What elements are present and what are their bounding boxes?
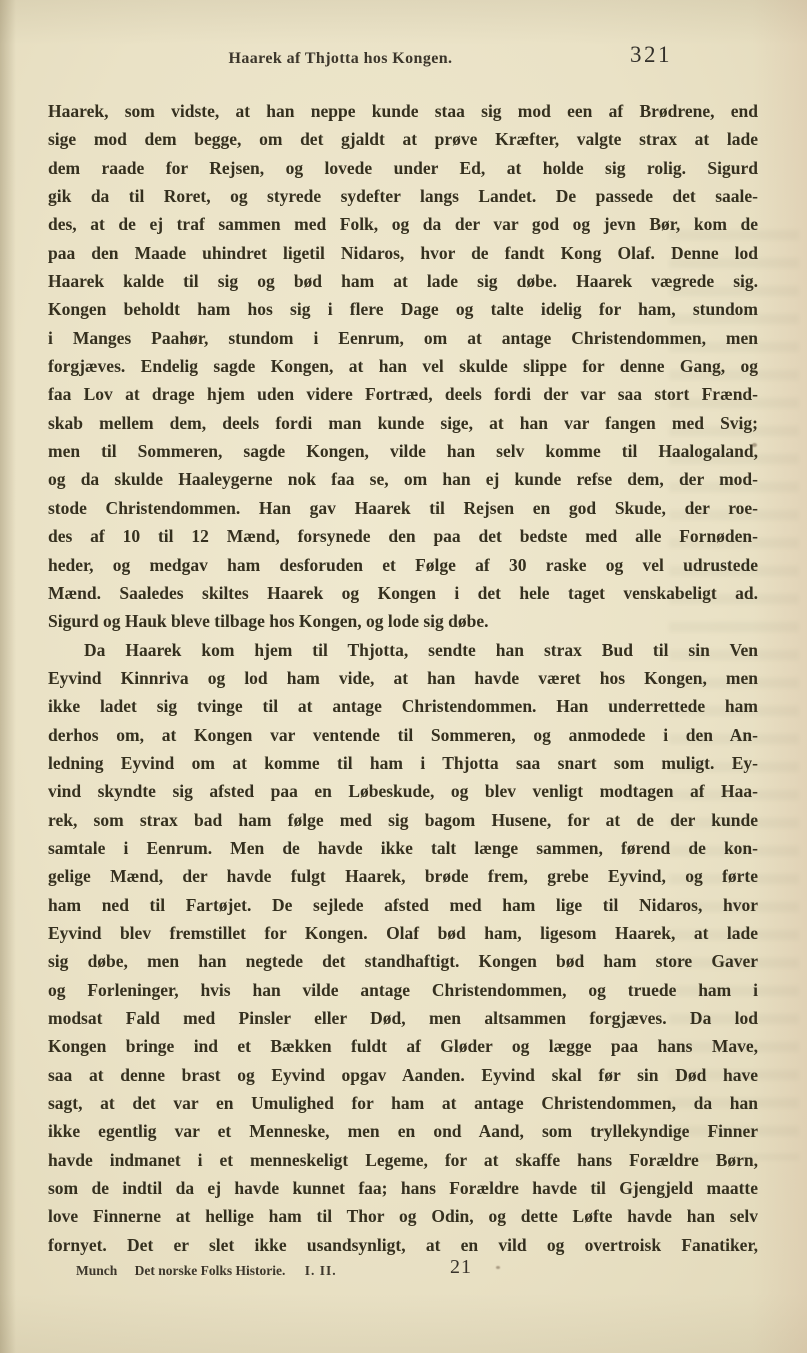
text-line: og Forleninger, hvis han vilde antage Ch… xyxy=(48,976,758,1004)
text-line: stode Christendommen. Han gav Haarek til… xyxy=(48,494,758,522)
text-line: vind skyndte sig afsted paa en Løbeskude… xyxy=(48,777,758,805)
text-line: modsat Fald med Pinsler eller Død, men a… xyxy=(48,1004,758,1032)
text-line: men til Sommeren, sagde Kongen, vilde ha… xyxy=(48,437,758,465)
text-line: forgjæves. Endelig sagde Kongen, at han … xyxy=(48,352,758,380)
text-line: gelige Mænd, der havde fulgt Haarek, brø… xyxy=(48,862,758,890)
text-line: sige mod dem begge, om det gjaldt at prø… xyxy=(48,125,758,153)
footer-volume: I. II. xyxy=(305,1263,337,1278)
text-line: samtale i Eenrum. Men de havde ikke talt… xyxy=(48,834,758,862)
text-line: i Manges Paahør, stundom i Eenrum, om at… xyxy=(48,324,758,352)
text-line: gik da til Roret, og styrede sydefter la… xyxy=(48,182,758,210)
footer-work-title: Det norske Folks Historie. xyxy=(135,1263,286,1278)
footer-imprint: Munch Det norske Folks Historie. I. II. xyxy=(76,1263,337,1279)
text-line: Mænd. Saaledes skiltes Haarek og Kongen … xyxy=(48,579,758,607)
text-line: derhos om, at Kongen var ventende til So… xyxy=(48,721,758,749)
text-line: rek, som strax bad ham følge med sig bag… xyxy=(48,806,758,834)
page-number: 321 xyxy=(616,42,686,68)
text-line: skab mellem dem, deels fordi man kunde s… xyxy=(48,409,758,437)
footer-author: Munch xyxy=(76,1263,117,1278)
text-line: Eyvind blev fremstillet for Kongen. Olaf… xyxy=(48,919,758,947)
scan-speck xyxy=(752,443,757,447)
text-line: sagt, at det var en Umulighed for ham at… xyxy=(48,1089,758,1117)
text-line: love Finnerne at hellige ham til Thor og… xyxy=(48,1202,758,1230)
text-line: Kongen beholdt ham hos sig i flere Dage … xyxy=(48,295,758,323)
text-line: faa Lov at drage hjem uden videre Fortræ… xyxy=(48,380,758,408)
text-line: havde indmanet i et menneskeligt Legeme,… xyxy=(48,1146,758,1174)
text-line: Eyvind Kinnriva og lod ham vide, at han … xyxy=(48,664,758,692)
text-line: ikke ladet sig tvinge til at antage Chri… xyxy=(48,692,758,720)
text-line: Da Haarek kom hjem til Thjotta, sendte h… xyxy=(48,636,758,664)
scan-speck xyxy=(496,1266,500,1269)
text-line: paa den Maade uhindret ligetil Nidaros, … xyxy=(48,239,758,267)
text-line: Haarek, som vidste, at han neppe kunde s… xyxy=(48,97,758,125)
text-line: Haarek kalde til sig og bød ham at lade … xyxy=(48,267,758,295)
text-line: des, at de ej traf sammen med Folk, og d… xyxy=(48,210,758,238)
running-head: Haarek af Thjotta hos Kongen. xyxy=(213,50,468,68)
body-text: Haarek, som vidste, at han neppe kunde s… xyxy=(48,97,758,1259)
text-line: og da skulde Haaleygerne nok faa se, om … xyxy=(48,465,758,493)
text-line: des af 10 til 12 Mænd, forsynede den paa… xyxy=(48,522,758,550)
text-line: ledning Eyvind om at komme til ham i Thj… xyxy=(48,749,758,777)
text-line: dem raade for Rejsen, og lovede under Ed… xyxy=(48,154,758,182)
book-page: Haarek af Thjotta hos Kongen. 321 Haarek… xyxy=(0,0,807,1353)
text-line: ham ned til Fartøjet. De sejlede afsted … xyxy=(48,891,758,919)
text-line: Sigurd og Hauk bleve tilbage hos Kongen,… xyxy=(48,607,758,635)
text-line: ikke egentlig var et Menneske, men en on… xyxy=(48,1117,758,1145)
text-line: som de indtil da ej havde kunnet faa; ha… xyxy=(48,1174,758,1202)
text-line: saa at denne brast og Eyvind opgav Aande… xyxy=(48,1061,758,1089)
text-line: Kongen bringe ind et Bækken fuldt af Glø… xyxy=(48,1032,758,1060)
sheet-signature-number: 21 xyxy=(450,1256,472,1279)
text-line: heder, og medgav ham desforuden et Følge… xyxy=(48,551,758,579)
text-line: sig døbe, men han negtede det standhafti… xyxy=(48,947,758,975)
text-line: fornyet. Det er slet ikke usandsynligt, … xyxy=(48,1231,758,1259)
